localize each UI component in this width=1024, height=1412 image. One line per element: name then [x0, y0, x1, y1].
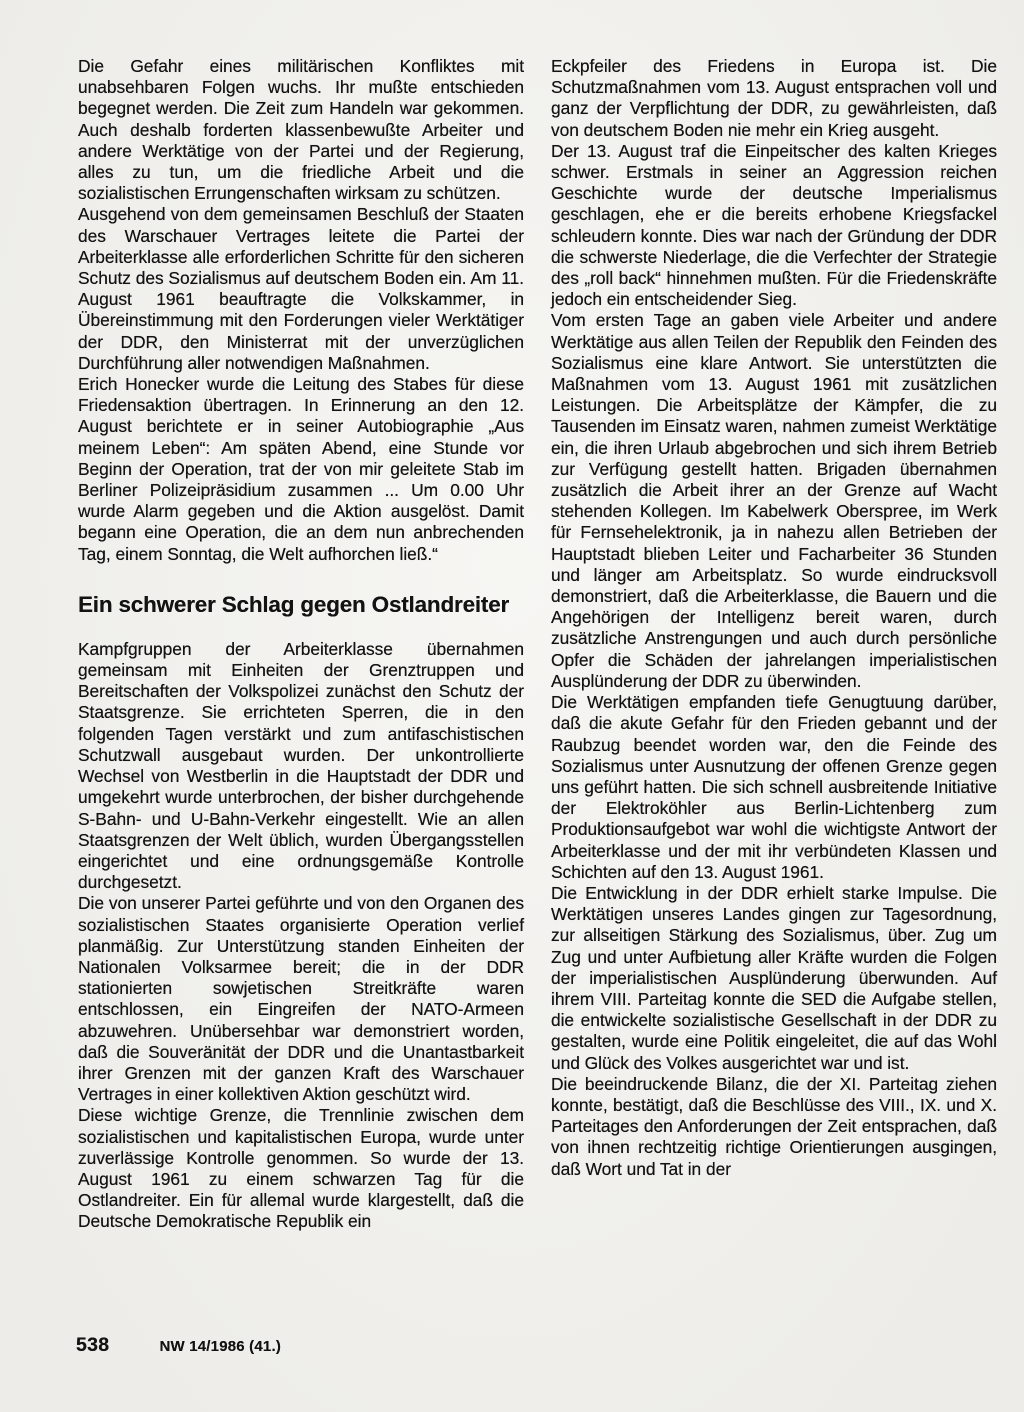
body-paragraph: Der 13. August traf die Einpeitscher des…	[551, 141, 997, 311]
page-footer: 538 NW 14/1986 (41.)	[76, 1334, 281, 1357]
body-paragraph: Ausgehend von dem gemeinsamen Beschluß d…	[78, 204, 524, 374]
issue-label: NW 14/1986 (41.)	[159, 1338, 281, 1355]
body-paragraph: Die Werktätigen empfanden tiefe Genugtuu…	[551, 692, 997, 883]
body-paragraph: Diese wichtige Grenze, die Trennlinie zw…	[78, 1105, 524, 1232]
body-paragraph: Die von unserer Partei geführte und von …	[78, 893, 524, 1105]
body-paragraph: Erich Honecker wurde die Leitung des Sta…	[78, 374, 524, 565]
left-column: Die Gefahr eines militärischen Konflikte…	[78, 56, 524, 1233]
section-heading: Ein schwerer Schlag gegen Ostlandreiter	[78, 592, 524, 618]
text-columns: Die Gefahr eines militärischen Konflikte…	[78, 56, 997, 1233]
body-paragraph: Kampfgruppen der Arbeiterklasse übernahm…	[78, 639, 524, 893]
magazine-page: Die Gefahr eines militärischen Konflikte…	[0, 0, 1024, 1412]
right-column: Eckpfeiler des Friedens in Europa ist. D…	[551, 56, 997, 1233]
page-number: 538	[76, 1334, 109, 1357]
body-paragraph: Eckpfeiler des Friedens in Europa ist. D…	[551, 56, 997, 141]
body-paragraph: Die beeindruckende Bilanz, die der XI. P…	[551, 1074, 997, 1180]
body-paragraph: Die Gefahr eines militärischen Konflikte…	[78, 56, 524, 204]
body-paragraph: Die Entwicklung in der DDR erhielt stark…	[551, 883, 997, 1074]
body-paragraph: Vom ersten Tage an gaben viele Arbeiter …	[551, 310, 997, 692]
